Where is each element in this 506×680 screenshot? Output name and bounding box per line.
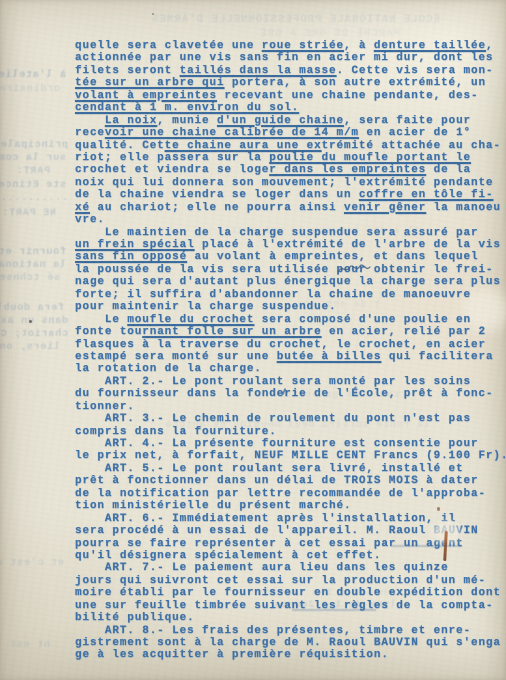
text-segment: noix qui lui donnera son mouvement; l'ex… xyxy=(75,177,493,189)
text-segment: en acier de 1° xyxy=(359,127,471,139)
text-line: ART. 5.- Le pont roulant sera livré, ins… xyxy=(75,463,506,475)
underlined-phrase: r dans les empreintes xyxy=(269,164,426,176)
text-segment: la manoeu xyxy=(426,202,501,214)
text-line: de la chaine viendra se loger dans un co… xyxy=(75,189,506,201)
document-page: ECOLE NATIONALE PROFESSIONNELLE D'ARMESM… xyxy=(0,0,506,680)
text-segment: ge à les acquitter à première réquisitio… xyxy=(75,649,389,661)
text-line: flasques à la traverse du crochet, le cr… xyxy=(75,339,506,351)
underlined-phrase: La noix xyxy=(105,115,157,127)
text-segment: moire établi par le fournisseur en doubl… xyxy=(75,587,501,599)
text-segment: rece xyxy=(75,127,105,139)
text-segment: la rotation de la charge. xyxy=(75,363,262,375)
text-segment: flasques à la traverse du crochet, le cr… xyxy=(75,339,486,351)
paper-speck xyxy=(29,320,32,323)
text-segment: recevant une chaine pendante, des- xyxy=(217,90,479,102)
paper-speck xyxy=(152,13,154,15)
text-line: ART. 2.- Le pont roulant sera monté par … xyxy=(75,376,506,388)
text-segment: une sur feuille timbrée suivant les règl… xyxy=(75,600,493,612)
text-segment: ART. 7.- Le paiement aura lieu dans les … xyxy=(75,562,449,574)
text-line: pour maintenir la charge suspendue. xyxy=(75,301,506,313)
text-line: qu'il désignera spécialement à cet effet… xyxy=(75,550,506,562)
underlined-phrase: cendant à 1 m. environ du sol. xyxy=(75,102,299,114)
bleedthrough-text: .............. xyxy=(0,193,68,204)
text-segment: , xyxy=(486,40,493,52)
text-segment: pour maintenir la charge suspendue. xyxy=(75,301,337,313)
text-segment: qu'il désignera spécialement à cet effet… xyxy=(75,550,381,562)
text-line: sans fin opposé au volant à empreintes, … xyxy=(75,251,506,263)
bleedthrough-text: fera doubl xyxy=(0,303,64,314)
text-line: une sur feuille timbrée suivant les règl… xyxy=(75,600,506,612)
underlined-phrase: d'un guide chaine xyxy=(217,115,344,127)
text-line: vre. xyxy=(75,214,506,226)
bleedthrough-text: nt est xyxy=(9,640,50,651)
underlined-phrase: te chaine aura une ex xyxy=(165,140,322,152)
text-line: un frein spécial placé à l'extrémité de … xyxy=(75,239,506,251)
bleedthrough-text: NE PART: xyxy=(2,208,56,219)
text-segment: au chariot; elle ne pourra ainsi xyxy=(90,202,344,214)
text-segment: trémité attachée au cha- xyxy=(322,140,501,152)
text-line: du fournisseur dans la fonderie de l'Éco… xyxy=(75,388,506,400)
underlined-phrase: voir une chaine calibrée de 14 m/m xyxy=(105,127,359,139)
text-line: la rotation de la charge. xyxy=(75,363,506,375)
bleedthrough-underline xyxy=(392,545,462,547)
text-segment: portera, à son autre extrémité, un xyxy=(224,77,486,89)
underlined-phrase: un frein spécial xyxy=(75,239,195,251)
bleedthrough-text: et c'est ainsi qu'il xyxy=(0,558,64,569)
text-line: de la notification par lettre recommandé… xyxy=(75,488,506,500)
underlined-phrase: roue striée xyxy=(262,40,344,52)
text-line: crochet et viendra se loger dans les emp… xyxy=(75,164,506,176)
text-line: riot; elle passera sur la poulie du mouf… xyxy=(75,152,506,164)
text-segment: nage qui sera d'autant plus énergique la… xyxy=(75,276,501,288)
bleedthrough-text: à l'atelier xyxy=(0,70,66,81)
bleedthrough-text: la nationale xyxy=(0,260,66,271)
text-segment: ART. 5.- Le pont roulant sera livré, ins… xyxy=(75,463,464,475)
text-line: tée sur un arbre qui portera, à son autr… xyxy=(75,77,506,89)
text-segment: estampé sera monté sur une xyxy=(75,351,277,363)
text-line: gistrement sont à la charge de M. Raoul … xyxy=(75,637,506,649)
text-segment: ART. 4.- La présente fourniture est cons… xyxy=(75,438,478,450)
bleedthrough-text: dans un axe, xyxy=(0,316,68,327)
text-segment: quelle sera clavetée une xyxy=(75,40,262,52)
underlined-phrase: tée sur un arbre qui xyxy=(75,77,224,89)
text-line: forte; il suffira d'abandonner la chaine… xyxy=(75,289,506,301)
text-segment: forte; il suffira d'abandonner la chaine… xyxy=(75,289,471,301)
text-line: jours qui suivront cet essai sur la prod… xyxy=(75,575,506,587)
text-segment: ART. 3.- Le chemin de roulement du pont … xyxy=(75,413,471,425)
text-line: quelle sera clavetée une roue striée, à … xyxy=(75,40,506,52)
text-line: ART. 8.- Les frais des présentes, timbre… xyxy=(75,625,506,637)
bleedthrough-text: chariot; Ces xyxy=(0,329,68,340)
ink-speck xyxy=(437,507,440,511)
handwritten-scribble-annotation xyxy=(336,262,374,276)
underlined-phrase: volant à empreintes xyxy=(75,90,217,102)
text-segment: placé à l'extrémité de l'arbre de la vis xyxy=(195,239,501,251)
text-line: bilité publique. xyxy=(75,612,506,624)
text-segment: Le xyxy=(75,314,127,326)
text-line: nage qui sera d'autant plus énergique la… xyxy=(75,276,506,288)
text-line: prêt à fonctionner dans un délai de TROI… xyxy=(75,475,506,487)
text-line: tionner. xyxy=(75,401,506,413)
text-segment: , sera faite pour xyxy=(344,115,471,127)
text-line: cendant à 1 m. environ du sol. xyxy=(75,102,506,114)
text-line: moire établi par le fournisseur en doubl… xyxy=(75,587,506,599)
bleedthrough-text: liers, on xyxy=(0,342,60,353)
text-line: ART. 3.- Le chemin de roulement du pont … xyxy=(75,413,506,425)
underlined-phrase: taillés dans la masse xyxy=(180,65,337,77)
text-line: volant à empreintes recevant une chaine … xyxy=(75,90,506,102)
text-segment: de la xyxy=(426,164,471,176)
bleedthrough-text: fournir et à xyxy=(0,247,66,258)
text-segment: qualité. Cet xyxy=(75,140,165,152)
underlined-phrase: sans fin opposé xyxy=(75,251,187,263)
bleedthrough-text: principale ors- xyxy=(0,140,68,151)
text-line: recevoir une chaine calibrée de 14 m/m e… xyxy=(75,127,506,139)
underlined-phrase: poulie du moufle portant le xyxy=(269,152,471,164)
text-segment: actionnée par une vis sans fin en acier … xyxy=(75,52,493,64)
text-segment: de la notification par lettre recommandé… xyxy=(75,488,486,500)
bleedthrough-text: MARCHE DE GRE A GRE xyxy=(259,28,400,40)
bleedthrough-text: ordinaire xyxy=(0,84,60,95)
text-segment: bilité publique. xyxy=(75,612,195,624)
bleedthrough-text: sur la compte xyxy=(0,153,66,164)
text-line: actionnée par une vis sans fin en acier … xyxy=(75,52,506,64)
text-segment: ART. 2.- Le pont roulant sera monté par … xyxy=(75,376,471,388)
text-line: Le maintien de la charge suspendue sera … xyxy=(75,227,506,239)
text-segment: tionner. xyxy=(75,401,135,413)
text-segment: en acier, relié par 2 xyxy=(322,326,486,338)
text-line: tion ministérielle du présent marché. xyxy=(75,500,506,512)
text-segment: prêt à fonctionner dans un délai de TROI… xyxy=(75,475,478,487)
text-segment: fonte tou xyxy=(75,326,142,338)
bleedthrough-text: PART: xyxy=(16,166,50,177)
text-segment: pourra se faire représenter à cet essai … xyxy=(75,538,464,550)
underlined-phrase: butée à billes xyxy=(277,351,382,363)
text-segment: vre. xyxy=(75,214,105,226)
text-line: La noix, munie d'un guide chaine, sera f… xyxy=(75,115,506,127)
text-line: Le moufle du crochet sera composé d'une … xyxy=(75,314,506,326)
bleedthrough-text: ste Etincen- xyxy=(0,180,66,191)
text-segment: de la chaine viendra se loger dans un xyxy=(75,189,359,201)
text-segment: tion ministérielle du présent marché. xyxy=(75,500,351,512)
text-segment: la poussée de la vis sera utilisée pour … xyxy=(75,264,493,276)
text-segment: sera procédé à un essai de l'appareil. M… xyxy=(75,525,478,537)
text-line: ART. 7.- Le paiement aura lieu dans les … xyxy=(75,562,506,574)
typewritten-text: quelle sera clavetée une roue striée, à … xyxy=(75,40,506,662)
text-segment: riot; elle passera sur la xyxy=(75,152,269,164)
underlined-phrase: rnant folle sur un arbre xyxy=(142,326,321,338)
text-line: ge à les acquitter à première réquisitio… xyxy=(75,649,506,661)
text-segment: ART. 6.- Immédiatement après l'installat… xyxy=(75,513,456,525)
text-line: filets seront taillés dans la masse. Cet… xyxy=(75,65,506,77)
bleedthrough-text: ECOLE NATIONALE PROFESSIONNELLE D'ARMES xyxy=(151,14,440,26)
underlined-phrase: xé xyxy=(75,202,90,214)
text-segment: le prix net, à forfait, NEUF MILLE CENT … xyxy=(75,450,506,462)
text-segment: filets seront xyxy=(75,65,180,77)
text-line: compris dans la fourniture. xyxy=(75,426,506,438)
text-segment: , à xyxy=(344,40,374,52)
text-segment: , munie xyxy=(157,115,217,127)
text-line: ART. 4.- La présente fourniture est cons… xyxy=(75,438,506,450)
text-segment: au volant à empreintes, et dans lequel xyxy=(187,251,478,263)
text-segment: . Cette vis sera mon- xyxy=(337,65,494,77)
bleedthrough-text: sé tchnse xyxy=(0,273,60,284)
text-line: estampé sera monté sur une butée à bille… xyxy=(75,351,506,363)
underlined-phrase: coffre en tôle fi- xyxy=(359,189,493,201)
text-segment: qui facilitera xyxy=(381,351,493,363)
text-segment: sera composé d'une poulie en xyxy=(254,314,471,326)
underlined-phrase: moufle du crochet xyxy=(127,314,254,326)
text-segment: Le maintien de la charge suspendue sera … xyxy=(75,227,478,239)
text-segment: compris dans la fourniture. xyxy=(75,426,277,438)
text-segment: jours qui suivront cet essai sur la prod… xyxy=(75,575,486,587)
underlined-phrase: denture taillée xyxy=(374,40,486,52)
text-segment xyxy=(75,115,105,127)
text-segment: ART. 8.- Les frais des présentes, timbre… xyxy=(75,625,471,637)
underlined-phrase: venir gêner xyxy=(344,202,426,214)
text-line: qualité. Cette chaine aura une extrémité… xyxy=(75,140,506,152)
text-line: xé au chariot; elle ne pourra ainsi veni… xyxy=(75,202,506,214)
text-segment: crochet et viendra se loge xyxy=(75,164,269,176)
text-line: fonte tournant folle sur un arbre en aci… xyxy=(75,326,506,338)
text-segment: gistrement sont à la charge de M. Raoul … xyxy=(75,637,501,649)
text-line: noix qui lui donnera son mouvement; l'ex… xyxy=(75,177,506,189)
text-line: la poussée de la vis sera utilisée pour … xyxy=(75,264,506,276)
bleedthrough-underline xyxy=(292,609,376,611)
text-line: le prix net, à forfait, NEUF MILLE CENT … xyxy=(75,450,506,462)
